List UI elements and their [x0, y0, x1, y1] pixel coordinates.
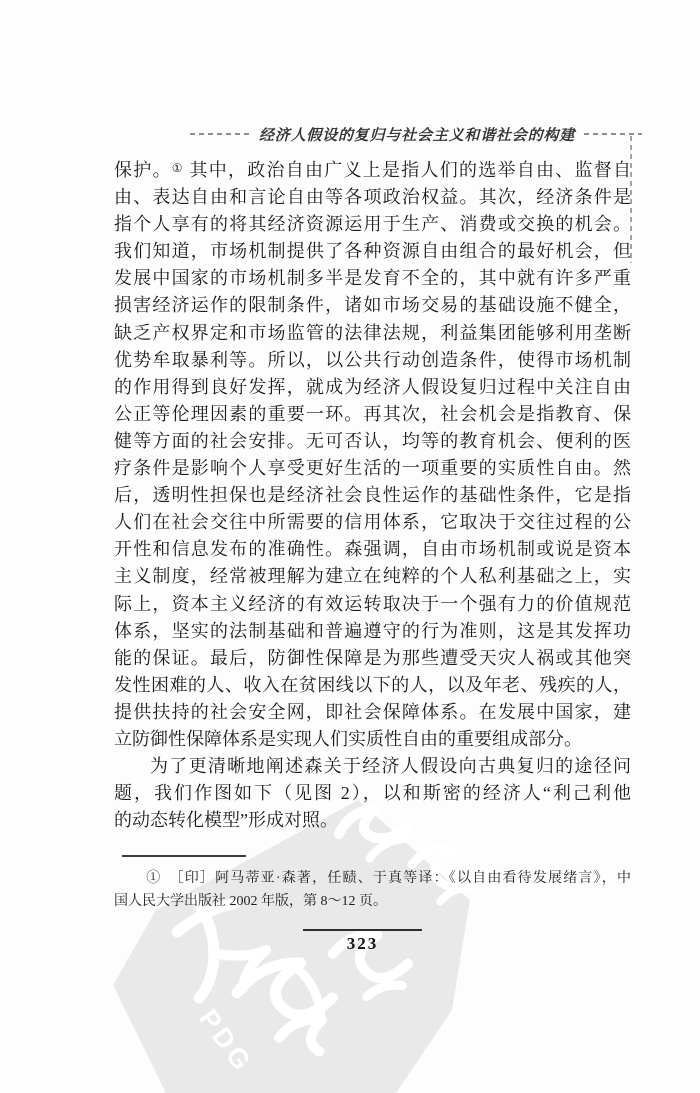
- header-dash-left: [190, 133, 250, 135]
- body-line: 发性困难的人、收入在贫困线以下的人，以及年老、残疾的人，: [114, 672, 631, 699]
- body-line: 缺乏产权界定和市场监管的法律法规，利益集团能够利用垄断: [114, 320, 631, 347]
- body-line: 疗条件是影响个人享受更好生活的一项重要的实质性自由。然: [114, 455, 631, 482]
- body-line: 立防御性保障体系是实现人们实质性自由的重要组成部分。: [114, 726, 631, 753]
- body-line: 际上，资本主义经济的有效运转取决于一个强有力的价值规范: [114, 591, 631, 618]
- body-line: 主义制度，经常被理解为建立在纯粹的个人私利基础之上，实: [114, 563, 631, 590]
- body-line: 损害经济运作的限制条件，诸如市场交易的基础设施不健全，: [114, 292, 631, 319]
- footnote-separator: [122, 855, 246, 857]
- running-header: 经济人假设的复归与社会主义和谐社会的构建: [190, 126, 642, 142]
- body-line: 优势牟取暴利等。所以，以公共行动创造条件，使得市场机制: [114, 347, 631, 374]
- page-number-rule: [303, 929, 422, 931]
- body-text: 保护。① 其中，政治自由广义上是指人们的选举自由、监督自由、表达自由和言论自由等…: [114, 157, 631, 834]
- body-line: 由、表达自由和言论自由等各项政治权益。其次，经济条件是: [114, 184, 631, 211]
- footnote-line: ① ［印］阿马蒂亚·森著，任赜、于真等译：《以自由看待发展绪言》，中: [114, 868, 631, 891]
- body-line: 题，我们作图如下（见图 2），以和斯密的经济人“利己利他: [114, 780, 631, 807]
- body-line: 后，透明性担保也是经济社会良性运作的基础性条件，它是指: [114, 482, 631, 509]
- body-line: 公正等伦理因素的重要一环。再其次，社会机会是指教育、保: [114, 401, 631, 428]
- paragraph-2: 为了更清晰地阐述森关于经济人假设向古典复归的途径问题，我们作图如下（见图 2），…: [114, 753, 631, 834]
- running-header-title: 经济人假设的复归与社会主义和谐社会的构建: [259, 124, 575, 145]
- body-line: 指个人享有的将其经济资源运用于生产、消费或交换的机会。: [114, 211, 631, 238]
- book-page: PDG 经济人假设的复归与社会主义和谐社会的构建 保护。① 其中，政治自由广义上…: [0, 0, 700, 1093]
- watermark-pdg-label: PDG: [193, 1004, 259, 1079]
- body-line: 的作用得到良好发挥，就成为经济人假设复归过程中关注自由: [114, 374, 631, 401]
- body-line: 的动态转化模型”形成对照。: [114, 807, 631, 834]
- paragraph-1: 保护。① 其中，政治自由广义上是指人们的选举自由、监督自由、表达自由和言论自由等…: [114, 157, 631, 753]
- footnote: ① ［印］阿马蒂亚·森著，任赜、于真等译：《以自由看待发展绪言》，中国人民大学出…: [114, 868, 631, 913]
- body-line: 人们在社会交往中所需要的信用体系，它取决于交往过程的公: [114, 509, 631, 536]
- body-line: 发展中国家的市场机制多半是发育不全的，其中就有许多严重: [114, 265, 631, 292]
- body-line: 健等方面的社会安排。无可否认，均等的教育机会、便利的医: [114, 428, 631, 455]
- body-line: 开性和信息发布的准确性。森强调，自由市场机制或说是资本: [114, 536, 631, 563]
- body-line: 我们知道，市场机制提供了各种资源自由组合的最好机会，但: [114, 238, 631, 265]
- body-line: 能的保证。最后，防御性保障是为那些遭受天灾人祸或其他突: [114, 645, 631, 672]
- footnote-line: 国人民大学出版社 2002 年版，第 8～12 页。: [114, 891, 631, 914]
- body-line: 体系，坚实的法制基础和普遍遵守的行为准则，这是其发挥功: [114, 618, 631, 645]
- header-dash-right: [584, 133, 642, 135]
- body-line: 为了更清晰地阐述森关于经济人假设向古典复归的途径问: [114, 753, 631, 780]
- body-line: 保护。① 其中，政治自由广义上是指人们的选举自由、监督自: [114, 157, 631, 184]
- body-line: 提供扶持的社会安全网，即社会保障体系。在发展中国家，建: [114, 699, 631, 726]
- page-number: 323: [303, 934, 422, 954]
